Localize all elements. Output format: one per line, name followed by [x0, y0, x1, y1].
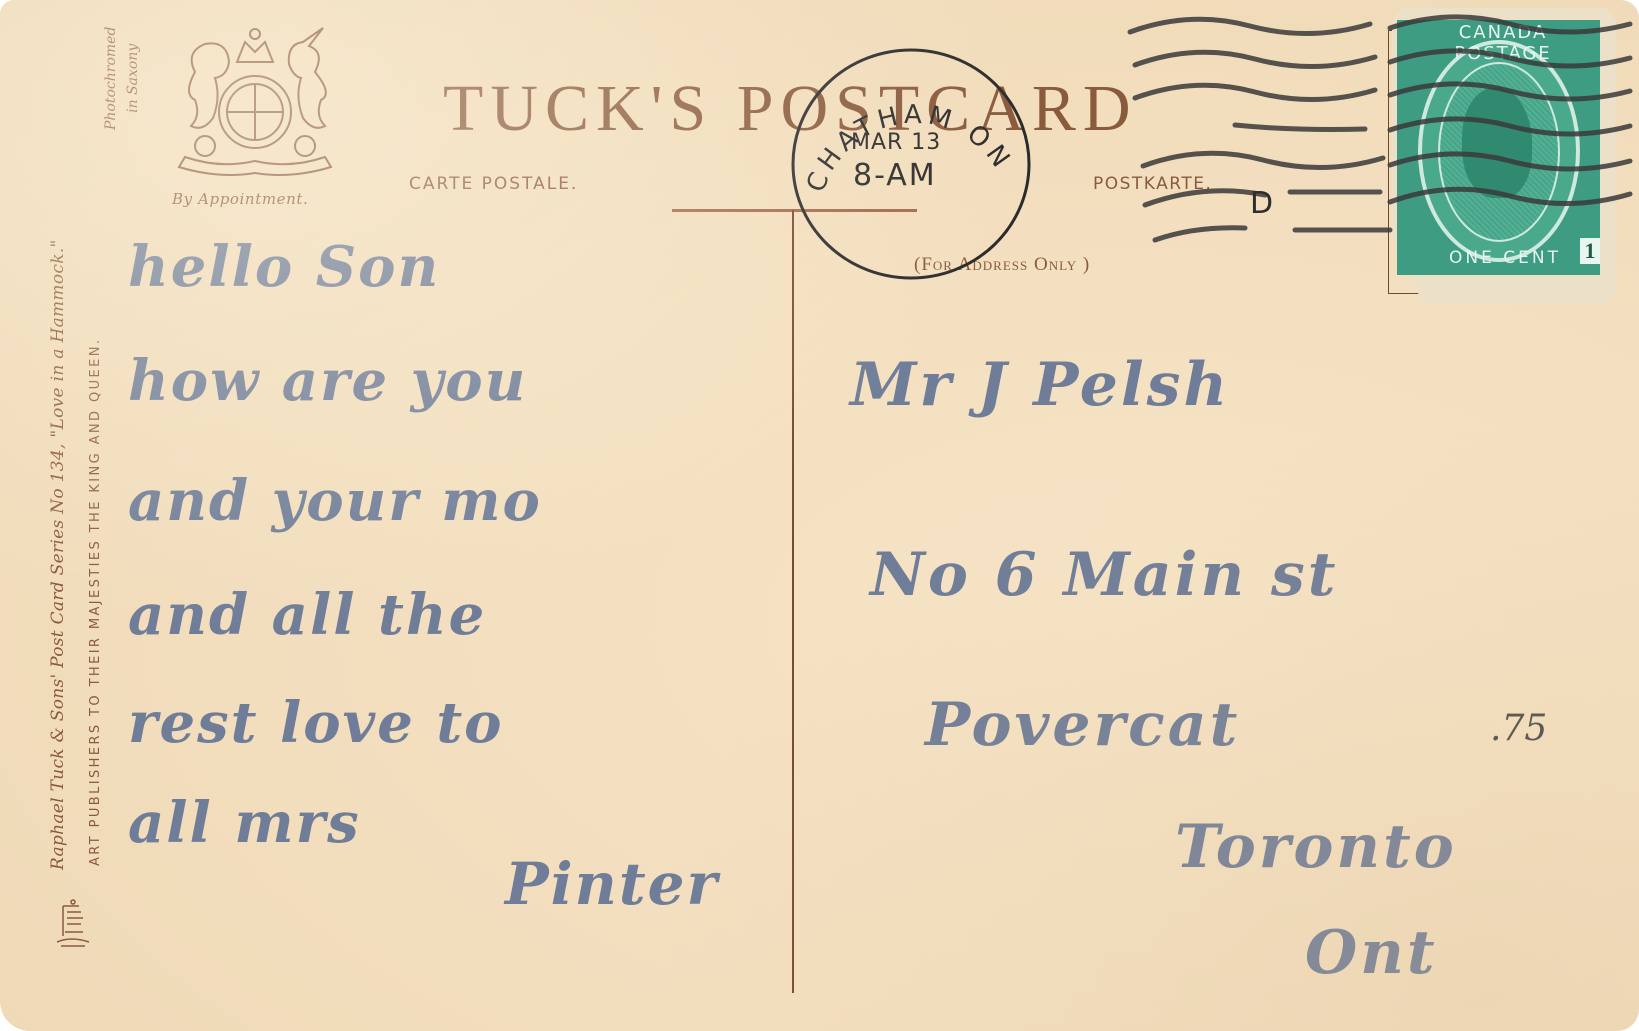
royal-crest-icon — [165, 22, 345, 182]
message-line: and all the — [128, 582, 486, 648]
wavy-cancellation-icon — [1125, 10, 1639, 250]
divider-vertical — [792, 210, 794, 993]
postmark-time: 8-AM — [853, 158, 937, 193]
series-line: Raphael Tuck & Sons' Post Card Series No… — [48, 239, 68, 870]
carte-postale-label: CARTE POSTALE. — [409, 174, 578, 194]
address-line: No 6 Main st — [870, 540, 1338, 610]
message-line: rest love to — [128, 690, 504, 756]
postcard-back: Raphael Tuck & Sons' Post Card Series No… — [0, 0, 1639, 1031]
message-line: how are you — [128, 348, 527, 414]
stamp-value-text: ONE CENT — [1440, 248, 1570, 268]
publisher-line: ART PUBLISHERS TO THEIR MAJESTIES THE KI… — [88, 338, 103, 866]
postmark-date: MAR 13 — [851, 130, 941, 155]
photochromed-line-2: in Saxony — [122, 27, 144, 130]
tuck-easel-logo-icon — [55, 898, 91, 950]
address-line: Povercat — [925, 690, 1240, 760]
cancel-letter: D — [1250, 186, 1273, 221]
by-appointment-text: By Appointment. — [172, 190, 308, 208]
address-line: Toronto — [1175, 812, 1457, 882]
address-annotation: .75 — [1490, 708, 1547, 749]
photochromed-line-1: Photochromed — [100, 27, 122, 130]
message-line: hello Son — [128, 234, 440, 300]
photochromed-note: Photochromed in Saxony — [100, 27, 144, 130]
address-line: Mr J Pelsh — [850, 350, 1230, 420]
signature: Pinter — [505, 850, 719, 918]
address-line: Ont — [1305, 918, 1438, 988]
message-line: and your mo — [128, 468, 542, 534]
message-line: all mrs — [128, 790, 361, 856]
